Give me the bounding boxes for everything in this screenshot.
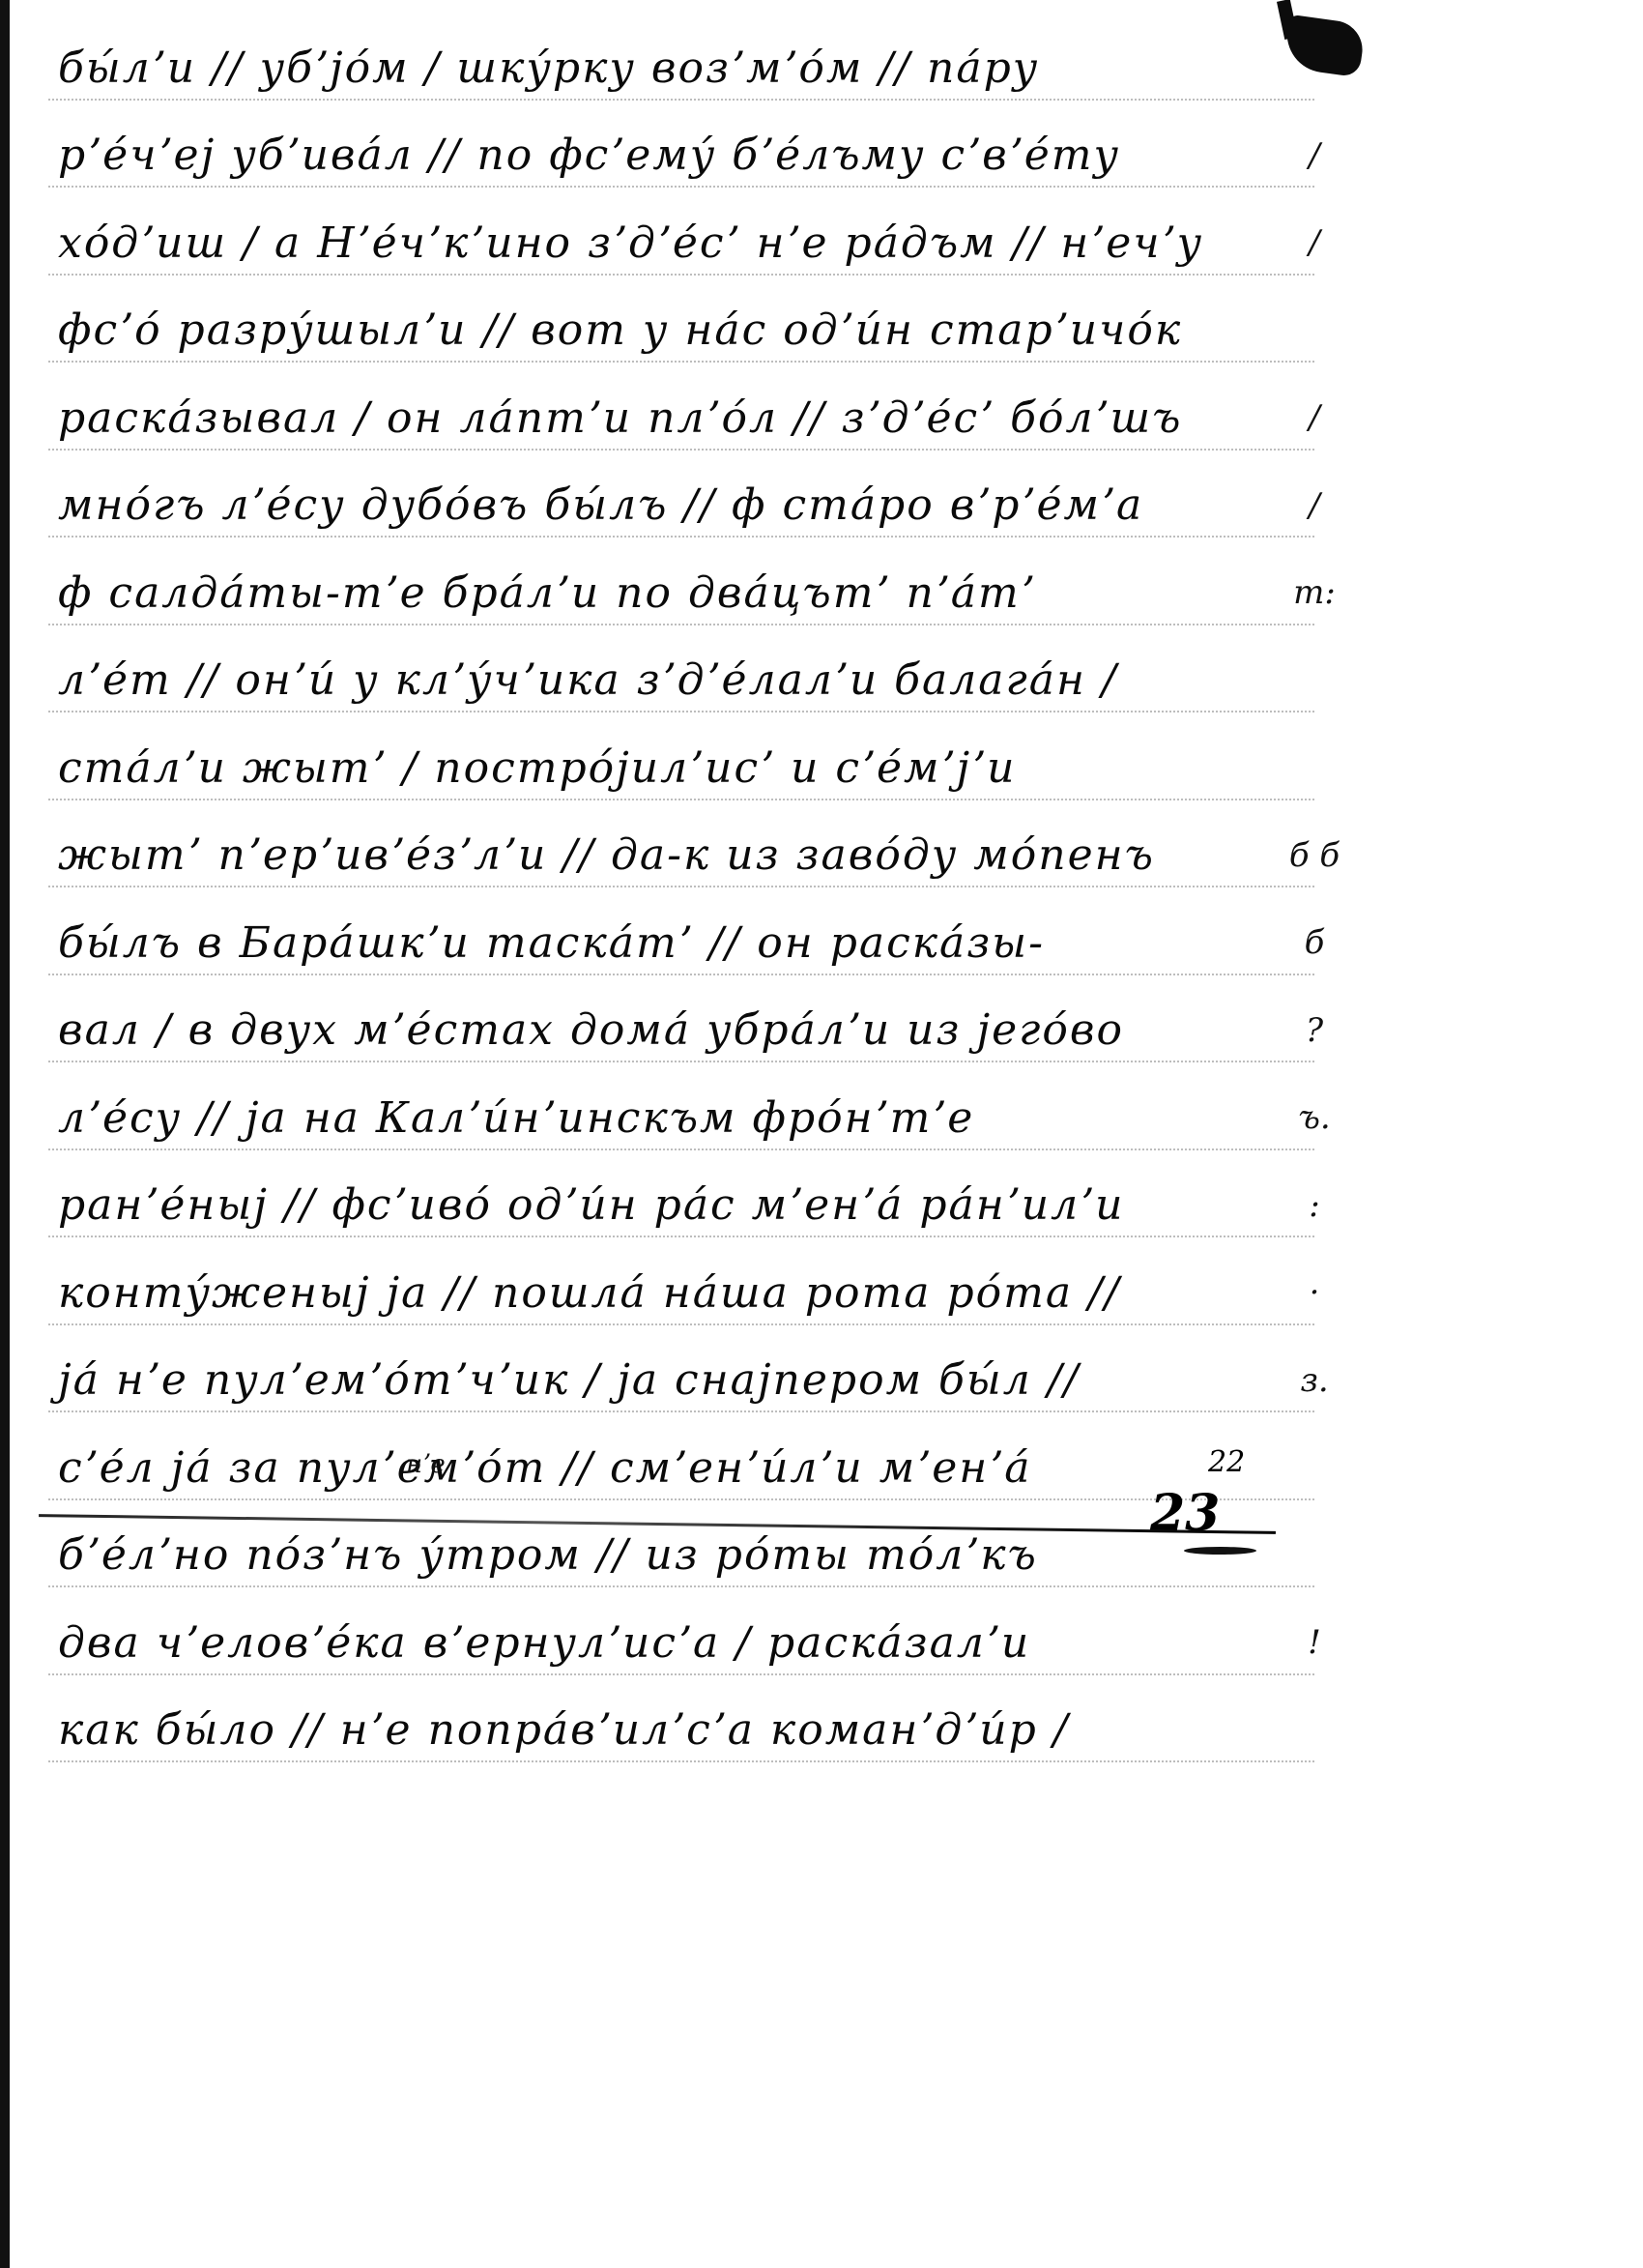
text-line: вал / в двух мʼе́стах дома́ убра́лʼи из …	[58, 987, 1276, 1075]
margin-mark: з.	[1276, 1337, 1353, 1425]
text-line: ранʼе́ныј // фсʼиво́ одʼи́н ра́с мʼенʼа́…	[58, 1162, 1276, 1250]
text-line: рʼе́чʼеј убʼива́л // по фсʼему́ бʼе́лъму…	[58, 112, 1276, 200]
handwritten-text-block: бы́лʼи // убʼјо́м / шку́рку возʼмʼо́м //…	[58, 24, 1276, 1774]
manuscript-page: бы́лʼи // убʼјо́м / шку́рку возʼмʼо́м //…	[0, 0, 1643, 2268]
text-line: бы́лʼи // убʼјо́м / шку́рку возʼмʼо́м //…	[58, 24, 1276, 112]
interlinear-insertion: нʼе	[406, 1450, 446, 1479]
margin-mark: ?	[1276, 987, 1353, 1075]
ink-smudge	[1184, 1547, 1256, 1555]
margin-mark: б	[1276, 899, 1353, 987]
text-line: конту́женыј ја // пошла́ на́ша рота рóта…	[58, 1249, 1276, 1337]
text-line: лʼе́су // ја на Калʼи́нʼинскъм фро́нʼтʼе	[58, 1074, 1276, 1162]
margin-mark: б б	[1276, 812, 1353, 900]
margin-mark	[1276, 1424, 1353, 1512]
margin-mark: т:	[1276, 549, 1353, 637]
margin-mark: ·	[1276, 1249, 1353, 1337]
right-margin-marks: / / / / т: б б б ? ъ. : · з. !	[1276, 24, 1353, 1774]
text-line: раска́зывал / он ла́птʼи плʼо́л // зʼдʼе…	[58, 374, 1276, 462]
margin-mark: :	[1276, 1162, 1353, 1250]
margin-mark	[1276, 637, 1353, 725]
text-line: сʼе́л ја́ за пулʼемʼо́т // смʼенʼи́лʼи м…	[58, 1424, 1276, 1512]
text-line: лʼе́т // онʼи́ у клʼу́чʼика зʼдʼе́лалʼи …	[58, 637, 1276, 725]
text-line: ф салда́ты-тʼе бра́лʼи по два́цътʼ пʼа́т…	[58, 549, 1276, 637]
text-line: бы́лъ в Бара́шкʼи таска́тʼ // он раска́з…	[58, 899, 1276, 987]
margin-mark: /	[1276, 199, 1353, 287]
text-line: фсʼо́ разру́шылʼи // вот у на́с одʼи́н с…	[58, 287, 1276, 375]
text-line: два чʼеловʼе́ка вʼернулʼисʼа / раска́зал…	[58, 1599, 1276, 1687]
text-line: жытʼ пʼерʼивʼе́зʼлʼи // да-к из заво́ду …	[58, 812, 1276, 900]
margin-mark: /	[1276, 112, 1353, 200]
margin-mark: !	[1276, 1599, 1353, 1687]
scan-edge-shadow	[0, 0, 10, 2268]
text-line: мно́гъ лʼе́су дубо́въ бы́лъ // ф ста́ро …	[58, 462, 1276, 550]
text-line: как бы́ло // нʼе попра́вʼилʼсʼа команʼдʼ…	[58, 1687, 1276, 1775]
margin-mark: /	[1276, 462, 1353, 550]
margin-mark: /	[1276, 374, 1353, 462]
text-line: ја́ нʼе пулʼемʼо́тʼчʼик / ја снајпером б…	[58, 1337, 1276, 1425]
margin-mark	[1276, 724, 1353, 812]
margin-mark	[1276, 1512, 1353, 1600]
margin-mark: ъ.	[1276, 1074, 1353, 1162]
margin-mark	[1276, 287, 1353, 375]
page-number: 23	[1150, 1484, 1220, 1543]
old-page-number: 22	[1208, 1445, 1245, 1479]
margin-mark	[1276, 24, 1353, 112]
margin-mark	[1276, 1687, 1353, 1775]
text-line: хо́дʼиш / а Нʼе́чʼкʼино зʼдʼе́сʼ нʼе ра́…	[58, 199, 1276, 287]
text-line: ста́лʼи жытʼ / пострóјилʼисʼ и сʼе́мʼјʼи	[58, 724, 1276, 812]
